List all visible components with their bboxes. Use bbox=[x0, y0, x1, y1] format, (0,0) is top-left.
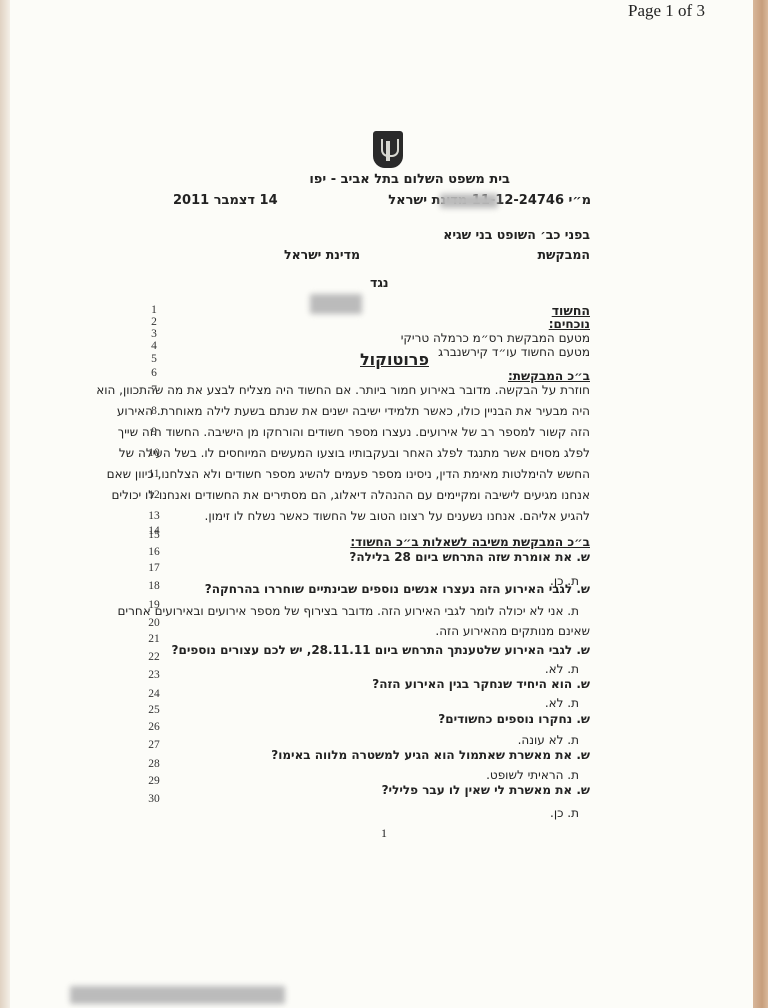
answer: ת. לא. bbox=[545, 696, 579, 710]
scan-right-edge bbox=[753, 0, 768, 1008]
court-name: בית משפט השלום בתל אביב - יפו bbox=[310, 172, 510, 187]
line-number: 12 bbox=[147, 489, 161, 501]
document-page: Page 1 of 3 בית משפט השלום בתל אביב - יפ… bbox=[10, 0, 753, 1008]
question: ש. נחקרו נוספים כחשודים? bbox=[438, 712, 590, 726]
line-number: 27 bbox=[147, 739, 161, 751]
line-number: 20 bbox=[147, 617, 161, 629]
question: ש. לגבי האירוע שלטענתך התרחש ביום 28.11.… bbox=[172, 643, 591, 657]
line-number: 21 bbox=[147, 633, 161, 645]
line-number: 19 bbox=[147, 599, 161, 611]
line-number: 5 bbox=[147, 353, 161, 365]
question: ש. את מאשרת לי שאין לו עבר פלילי? bbox=[382, 783, 590, 797]
answer: ת. לא. bbox=[545, 662, 579, 676]
answer-continued: שאינם מנותקים מהאירוע הזה. bbox=[435, 624, 590, 638]
present-line: מטעם החשוד עו״ד קירשנברג bbox=[438, 345, 590, 359]
state-emblem-icon bbox=[373, 131, 403, 168]
statement-line: להגיע אליהם. אנחנו נשענים על רצונו הטוב … bbox=[205, 509, 591, 523]
question: ש. את אומרת שזה התרחש ביום 28 בלילה? bbox=[349, 550, 590, 564]
applicant-value: מדינת ישראל bbox=[284, 247, 360, 262]
judge-line: בפני כב׳ השופט בני שגיא bbox=[443, 227, 590, 242]
question: ש. את מאשרת שאתמול הוא הגיע למשטרה מלווה… bbox=[271, 748, 590, 762]
versus-label: נגד bbox=[370, 275, 389, 290]
line-number: 18 bbox=[147, 580, 161, 592]
applicant-statement-heading: ב״כ המבקשת: bbox=[508, 369, 590, 383]
redacted-name bbox=[440, 194, 498, 208]
line-number: 30 bbox=[147, 793, 161, 805]
line-number: 13 bbox=[147, 510, 161, 522]
page-number: 1 bbox=[381, 826, 387, 841]
line-number: 28 bbox=[147, 758, 161, 770]
scan-left-edge bbox=[0, 0, 10, 1008]
line-number: 26 bbox=[147, 721, 161, 733]
line-number: 10 bbox=[147, 447, 161, 459]
statement-line: חוזרת על הבקשה. מדובר באירוע חמור ביותר.… bbox=[129, 383, 590, 397]
line-number: 9 bbox=[147, 426, 161, 438]
statement-line: אנחנו מגיעים לישיבה ומקיימים עם ההנהלה ד… bbox=[129, 488, 590, 502]
protocol-title: פרוטוקול bbox=[360, 350, 429, 369]
redacted-footer bbox=[70, 986, 285, 1004]
present-label: נוכחים: bbox=[549, 317, 590, 331]
line-number: 29 bbox=[147, 775, 161, 787]
line-number: 11 bbox=[147, 468, 161, 480]
line-number: 2 bbox=[147, 316, 161, 328]
line-number: 4 bbox=[147, 340, 161, 352]
present-line: מטעם המבקשת רס״מ כרמלה טריקי bbox=[401, 331, 590, 345]
question: ש. הוא היחיד שנחקר בגין האירוע הזה? bbox=[372, 677, 590, 691]
line-number: 15 bbox=[147, 529, 161, 541]
statement-line: החשש להימלטות מאימת הדין, ניסינו מספר פע… bbox=[129, 467, 590, 481]
hearing-date: 14 דצמבר 2011 bbox=[173, 193, 278, 208]
cross-exam-heading: ב״כ המבקשת משיבה לשאלות ב״כ החשוד: bbox=[350, 535, 590, 549]
line-number: 3 bbox=[147, 328, 161, 340]
applicant-label: המבקשת bbox=[538, 247, 590, 262]
answer: ת. כן. bbox=[550, 806, 579, 820]
page-counter: Page 1 of 3 bbox=[628, 1, 705, 21]
line-number: 6 bbox=[147, 367, 161, 379]
question: ש. לגבי האירוע הזה נעצרו אנשים נוספים שב… bbox=[205, 582, 590, 596]
line-number: 22 bbox=[147, 651, 161, 663]
statement-line: הזה קשור למספר רב של אירועים. נעצרו מספר… bbox=[129, 425, 590, 439]
line-number: 7 bbox=[147, 384, 161, 396]
line-number: 25 bbox=[147, 704, 161, 716]
line-number: 8 bbox=[147, 405, 161, 417]
line-number: 1 bbox=[147, 304, 161, 316]
statement-line: היה מבעיר את הבניין כולו, כאשר תלמידי יש… bbox=[129, 404, 590, 418]
line-number: 24 bbox=[147, 688, 161, 700]
line-number: 17 bbox=[147, 562, 161, 574]
answer: ת. אני לא יכולה לומר לגבי האירוע הזה. מד… bbox=[117, 604, 579, 618]
answer: ת. הראיתי לשופט. bbox=[486, 768, 579, 782]
redacted-suspect-name bbox=[310, 294, 362, 314]
line-number: 16 bbox=[147, 546, 161, 558]
statement-line: לפלג מסוים אשר מתנגד לפלג האחר ובעקבותיו… bbox=[129, 446, 590, 460]
suspect-label: החשוד bbox=[552, 303, 590, 318]
answer: ת. לא עונה. bbox=[518, 733, 579, 747]
line-number: 23 bbox=[147, 669, 161, 681]
